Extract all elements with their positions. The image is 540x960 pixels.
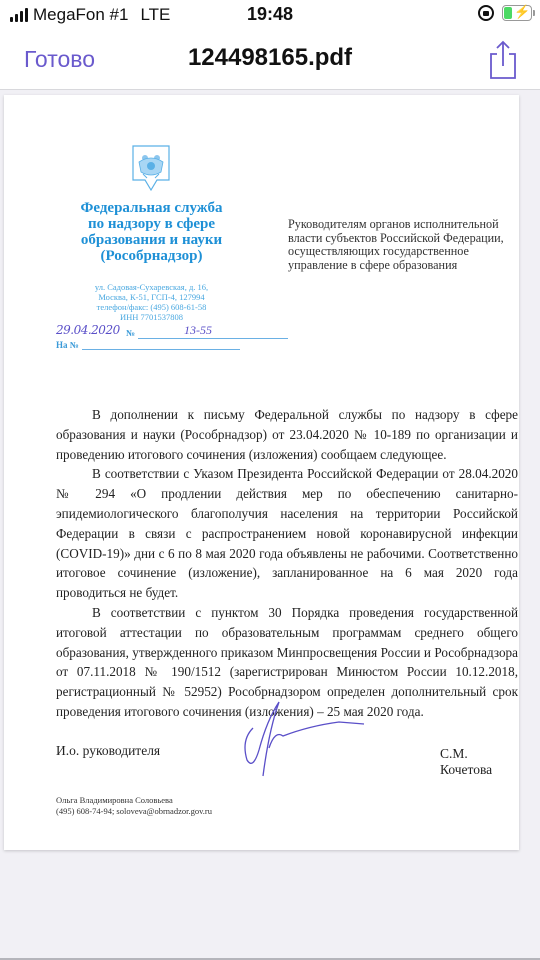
addressee: Руководителям органов исполнительной вла… bbox=[288, 218, 518, 272]
battery-charging-icon: ⚡ bbox=[502, 5, 532, 21]
status-bar: MegaFon #1 LTE 19:48 ⚡ bbox=[0, 0, 540, 30]
paragraph: В дополнении к письму Федеральной службы… bbox=[56, 405, 518, 464]
share-button[interactable] bbox=[488, 40, 518, 80]
letter-body: В дополнении к письму Федеральной службы… bbox=[56, 405, 518, 722]
contact-info: Ольга Владимировна Соловьева (495) 608-7… bbox=[56, 795, 212, 817]
signer-name: С.М. Кочетова bbox=[440, 746, 519, 778]
registration-no-label: № bbox=[126, 328, 135, 338]
done-button[interactable]: Готово bbox=[24, 46, 95, 73]
paragraph: В соответствии с Указом Президента Росси… bbox=[56, 464, 518, 603]
contact-details: (495) 608-74-94; soloveva@obrnadzor.gov.… bbox=[56, 806, 212, 817]
rotation-lock-icon bbox=[478, 5, 494, 21]
agency-name: Федеральная служба по надзору в сфере об… bbox=[44, 200, 259, 264]
registration-line: 29.04.2020 № 13-55 bbox=[56, 323, 241, 343]
registration-date: 29.04.2020 bbox=[56, 323, 120, 337]
contact-name: Ольга Владимировна Соловьева bbox=[56, 795, 212, 806]
navigation-bar: Готово 124498165.pdf bbox=[0, 30, 540, 90]
reference-underline bbox=[82, 349, 240, 350]
signer-role: И.о. руководителя bbox=[56, 743, 160, 759]
pdf-page: Федеральная служба по надзору в сфере об… bbox=[4, 95, 519, 850]
signature-icon bbox=[239, 700, 379, 778]
status-right: ⚡ bbox=[478, 5, 532, 21]
status-time: 19:48 bbox=[0, 4, 540, 25]
registration-number: 13-55 bbox=[184, 323, 212, 338]
registration-underline bbox=[138, 338, 288, 339]
agency-address: ул. Садовая-Сухаревская, д. 16, Москва, … bbox=[44, 282, 259, 322]
share-icon bbox=[488, 40, 518, 80]
reference-label: На № bbox=[56, 340, 79, 350]
coat-of-arms-icon bbox=[131, 144, 171, 192]
